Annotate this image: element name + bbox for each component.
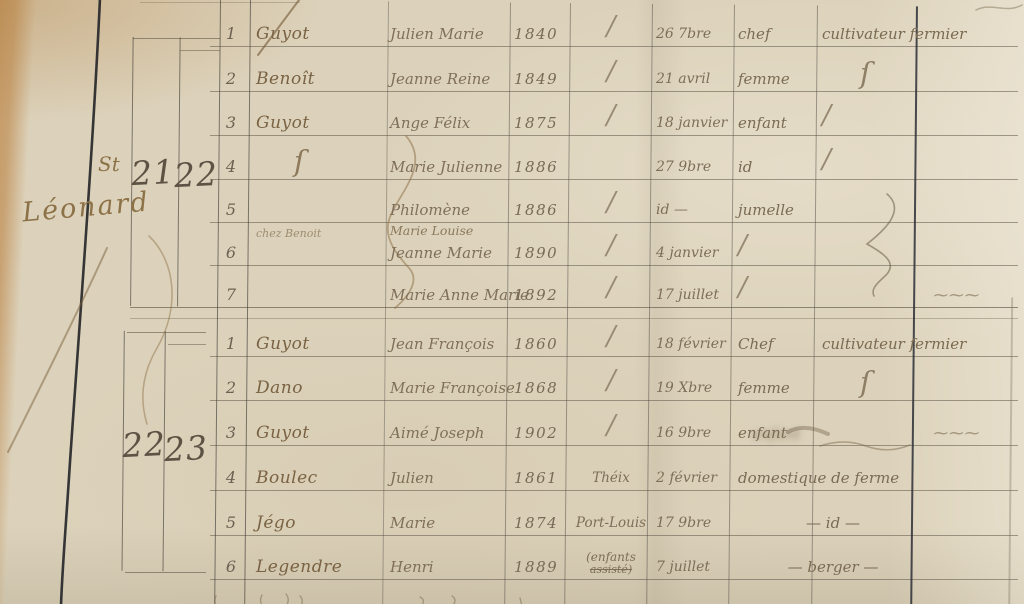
cell-person-number: 3 — [214, 421, 248, 445]
cell-firstnames: Marie — [390, 511, 508, 535]
cell-birth-year: 1861 — [514, 466, 570, 490]
household-number: 22 — [173, 162, 218, 188]
cell-firstnames: Jeanne Reine — [390, 67, 508, 91]
partial-row-stroke — [215, 596, 216, 604]
cell-person-number: 1 — [214, 332, 248, 356]
cell-birthplace: / — [572, 276, 650, 300]
cell-person-number: 5 — [214, 198, 248, 222]
cell-relation: id — [738, 155, 816, 179]
cell-person-number: 7 — [214, 283, 248, 307]
household-number: 23 — [163, 436, 208, 462]
cell-relation: chef — [738, 22, 816, 46]
cell-relation: femme — [738, 67, 816, 91]
cell-birth-year: 1889 — [514, 555, 570, 579]
cell-birth-year: 1868 — [514, 376, 570, 400]
cell-birth-date: 4 janvier — [656, 241, 734, 265]
strike-wave — [820, 442, 910, 450]
cell-occupation: / — [822, 104, 1014, 128]
margin-place-line1: St — [98, 152, 120, 176]
cell-person-number: 6 — [214, 241, 248, 265]
cell-firstnames: Julien — [390, 466, 508, 490]
leonard-flourish — [143, 236, 172, 424]
cell-person-number: 4 — [214, 466, 248, 490]
cell-birth-year: 1886 — [514, 198, 570, 222]
cell-birth-date: 19 Xbre — [656, 376, 734, 400]
cell-person-number: 4 — [214, 155, 248, 179]
cell-person-number: 2 — [214, 67, 248, 91]
cell-relation: femme — [738, 376, 816, 400]
cell-surname: Jégo — [256, 511, 386, 535]
cell-relation: — berger — — [738, 555, 928, 579]
cell-occupation: ~~~ — [932, 285, 1016, 304]
cell-birth-date: 17 9bre — [656, 511, 734, 535]
cell-birth-date: 18 février — [656, 332, 734, 356]
partial-row-stroke — [285, 594, 288, 604]
occupation-flourish — [867, 194, 894, 296]
cell-relation: enfant — [738, 111, 816, 135]
cell-birth-year: 1892 — [514, 283, 570, 307]
cell-birth-year: 1840 — [514, 22, 570, 46]
partial-row-stroke — [299, 596, 302, 604]
cell-birthplace: / — [572, 191, 650, 215]
cell-surname: Legendre — [256, 555, 386, 579]
margin-diagonal-stroke — [8, 248, 107, 452]
cell-occupation: ~~~ — [932, 423, 1016, 442]
cell-firstnames: Philomène — [390, 198, 508, 222]
cell-firstnames: Marie Françoise — [390, 376, 508, 400]
cell-birthplace: / — [572, 414, 650, 438]
cell-birth-year: 1902 — [514, 421, 570, 445]
partial-row-stroke — [419, 597, 423, 604]
cell-birthplace: (enfants — [572, 550, 650, 564]
cell-occupation: ſ — [822, 61, 1024, 85]
cell-birthplace: / — [572, 325, 650, 349]
cell-birthplace-line2: assisté) — [572, 563, 650, 576]
cell-surname-note: chez Benoit — [256, 227, 386, 240]
cell-firstnames: Julien Marie — [390, 22, 508, 46]
cell-birthplace: Théix — [572, 466, 650, 490]
cell-birthplace: / — [572, 104, 650, 128]
census-register-page: St Léonard 21221GuyotJulien Marie1840/26… — [0, 0, 1024, 604]
cell-firstnames: Ange Félix — [390, 111, 508, 135]
cell-firstnames: Marie Julienne — [390, 155, 508, 179]
cell-relation: / — [738, 234, 816, 258]
cell-birthplace: / — [572, 234, 650, 258]
cell-firstnames: Henri — [390, 555, 508, 579]
cell-firstnames: Aimé Joseph — [390, 421, 508, 445]
cell-birth-date: 21 avril — [656, 67, 734, 91]
cell-birth-date: 16 9bre — [656, 421, 734, 445]
cell-relation: — id — — [738, 511, 928, 535]
cell-surname: Guyot — [256, 332, 386, 356]
partial-row-stroke — [520, 598, 522, 604]
cell-occupation: cultivateur fermier — [822, 22, 1014, 46]
cell-surname: Benoît — [256, 67, 386, 91]
cell-person-number: 6 — [214, 555, 248, 579]
cell-relation: enfant — [738, 421, 816, 445]
cell-birthplace: / — [572, 369, 650, 393]
cell-birth-date: 17 juillet — [656, 283, 734, 307]
cell-relation: / — [738, 276, 816, 300]
cell-surname: Boulec — [256, 466, 386, 490]
cell-relation: Chef — [738, 332, 816, 356]
cell-surname: Dano — [256, 376, 386, 400]
cell-birth-year: 1849 — [514, 67, 570, 91]
cell-birth-year: 1860 — [514, 332, 570, 356]
cell-birth-date: id — — [656, 198, 734, 222]
cell-birth-date: 2 février — [656, 466, 734, 490]
cell-surname: Guyot — [256, 111, 386, 135]
cell-birthplace: / — [572, 15, 650, 39]
cell-birth-year: 1886 — [514, 155, 570, 179]
cell-person-number: 3 — [214, 111, 248, 135]
cell-surname: Guyot — [256, 421, 386, 445]
cell-person-number: 1 — [214, 22, 248, 46]
cell-occupation: ſ — [822, 370, 1024, 394]
cell-occupation: cultivateur fermier — [822, 332, 1014, 356]
partial-row-stroke — [260, 595, 263, 604]
cell-person-number: 2 — [214, 376, 248, 400]
cell-birth-year: 1874 — [514, 511, 570, 535]
cell-birth-year: 1875 — [514, 111, 570, 135]
cell-birth-date: 7 juillet — [656, 555, 734, 579]
cell-birth-date: 18 janvier — [656, 111, 734, 135]
cell-person-number: 5 — [214, 511, 248, 535]
corner-squiggle — [976, 5, 1022, 10]
cell-birth-year: 1890 — [514, 241, 570, 265]
cell-birthplace: Port-Louis — [572, 511, 650, 535]
cell-occupation: / — [822, 148, 1014, 172]
cell-birthplace: / — [572, 60, 650, 84]
cell-relation: jumelle — [738, 198, 816, 222]
cell-surname: Guyot — [256, 22, 386, 46]
house-number: 22 — [121, 432, 166, 458]
cell-relation: domestique de ferme — [738, 466, 994, 490]
cell-birth-date: 27 9bre — [656, 155, 734, 179]
cell-firstnames: Jean François — [390, 332, 508, 356]
cell-firstnames-above: Marie Louise — [390, 224, 510, 238]
page-edge-line — [61, 0, 100, 604]
cell-firstnames: Jeanne Marie — [390, 241, 508, 265]
cell-birth-date: 26 7bre — [656, 22, 734, 46]
partial-row-stroke — [451, 596, 455, 604]
cell-firstnames: Marie Anne Marie — [390, 283, 508, 307]
house-number: 21 — [130, 160, 175, 186]
